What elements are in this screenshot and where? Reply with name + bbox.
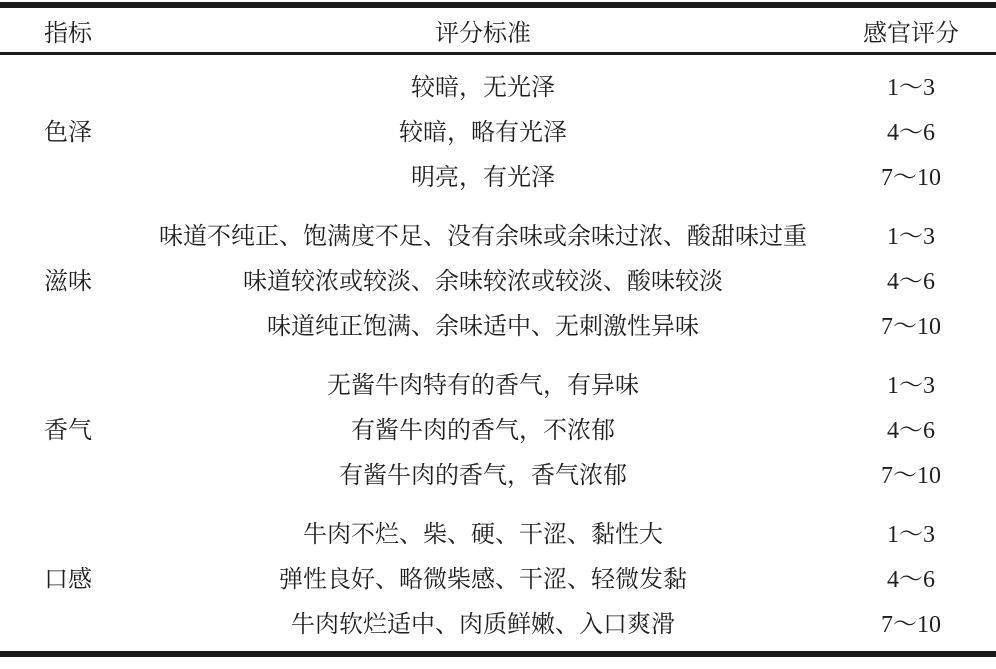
indicator-label: 香气	[0, 360, 140, 495]
criteria-cell: 味道纯正饱满、余味适中、无刺激性异味	[140, 306, 826, 341]
score-cell: 4～6	[826, 410, 996, 445]
score-cell: 7～10	[826, 604, 996, 639]
score-cell: 7～10	[826, 455, 996, 490]
table-row: 味道纯正饱满、余味适中、无刺激性异味 7～10	[140, 301, 996, 346]
table-row: 无酱牛肉特有的香气，有异味 1～3	[140, 360, 996, 405]
table-row: 较暗，无光泽 1～3	[140, 62, 996, 107]
score-cell: 1～3	[826, 514, 996, 549]
score-cell: 7～10	[826, 157, 996, 192]
table-body: 色泽 较暗，无光泽 1～3 较暗，略有光泽 4～6 明亮，有光泽 7～10 滋味	[0, 55, 996, 651]
header-indicator: 指标	[0, 13, 140, 48]
score-cell: 1～3	[826, 365, 996, 400]
section-rows: 牛肉不烂、柴、硬、干涩、黏性大 1～3 弹性良好、略微柴感、干涩、轻微发黏 4～…	[140, 509, 996, 644]
criteria-cell: 有酱牛肉的香气，不浓郁	[140, 410, 826, 445]
criteria-cell: 味道较浓或较淡、余味较浓或较淡、酸味较淡	[140, 261, 826, 296]
score-cell: 1～3	[826, 216, 996, 251]
indicator-label: 色泽	[0, 62, 140, 197]
criteria-cell: 味道不纯正、饱满度不足、没有余味或余味过浓、酸甜味过重	[140, 216, 826, 251]
table-row: 牛肉不烂、柴、硬、干涩、黏性大 1～3	[140, 509, 996, 554]
sensory-evaluation-table: 指标 评分标准 感官评分 色泽 较暗，无光泽 1～3 较暗，略有光泽 4～6 明…	[0, 0, 996, 669]
criteria-cell: 牛肉软烂适中、肉质鲜嫩、入口爽滑	[140, 604, 826, 639]
header-score: 感官评分	[826, 13, 996, 48]
score-cell: 4～6	[826, 261, 996, 296]
table-row: 牛肉软烂适中、肉质鲜嫩、入口爽滑 7～10	[140, 599, 996, 644]
criteria-cell: 牛肉不烂、柴、硬、干涩、黏性大	[140, 514, 826, 549]
score-cell: 4～6	[826, 559, 996, 594]
table-row: 明亮，有光泽 7～10	[140, 152, 996, 197]
table-row: 有酱牛肉的香气，不浓郁 4～6	[140, 405, 996, 450]
section-rows: 较暗，无光泽 1～3 较暗，略有光泽 4～6 明亮，有光泽 7～10	[140, 62, 996, 197]
table-section-taste: 滋味 味道不纯正、饱满度不足、没有余味或余味过浓、酸甜味过重 1～3 味道较浓或…	[0, 204, 996, 353]
header-criteria: 评分标准	[140, 13, 826, 48]
criteria-cell: 较暗，略有光泽	[140, 112, 826, 147]
section-rows: 无酱牛肉特有的香气，有异味 1～3 有酱牛肉的香气，不浓郁 4～6 有酱牛肉的香…	[140, 360, 996, 495]
table-header-row: 指标 评分标准 感官评分	[0, 8, 996, 52]
table-row: 味道较浓或较淡、余味较浓或较淡、酸味较淡 4～6	[140, 256, 996, 301]
score-cell: 1～3	[826, 67, 996, 102]
table-row: 弹性良好、略微柴感、干涩、轻微发黏 4～6	[140, 554, 996, 599]
table-section-mouthfeel: 口感 牛肉不烂、柴、硬、干涩、黏性大 1～3 弹性良好、略微柴感、干涩、轻微发黏…	[0, 502, 996, 651]
indicator-label: 滋味	[0, 211, 140, 346]
table-row: 较暗，略有光泽 4～6	[140, 107, 996, 152]
score-cell: 4～6	[826, 112, 996, 147]
criteria-cell: 明亮，有光泽	[140, 157, 826, 192]
criteria-cell: 无酱牛肉特有的香气，有异味	[140, 365, 826, 400]
table-bottom-rule	[0, 651, 996, 657]
indicator-label: 口感	[0, 509, 140, 644]
table-section-aroma: 香气 无酱牛肉特有的香气，有异味 1～3 有酱牛肉的香气，不浓郁 4～6 有酱牛…	[0, 353, 996, 502]
criteria-cell: 有酱牛肉的香气，香气浓郁	[140, 455, 826, 490]
table-row: 味道不纯正、饱满度不足、没有余味或余味过浓、酸甜味过重 1～3	[140, 211, 996, 256]
table-section-color: 色泽 较暗，无光泽 1～3 较暗，略有光泽 4～6 明亮，有光泽 7～10	[0, 55, 996, 204]
section-rows: 味道不纯正、饱满度不足、没有余味或余味过浓、酸甜味过重 1～3 味道较浓或较淡、…	[140, 211, 996, 346]
criteria-cell: 较暗，无光泽	[140, 67, 826, 102]
criteria-cell: 弹性良好、略微柴感、干涩、轻微发黏	[140, 559, 826, 594]
table-row: 有酱牛肉的香气，香气浓郁 7～10	[140, 450, 996, 495]
score-cell: 7～10	[826, 306, 996, 341]
